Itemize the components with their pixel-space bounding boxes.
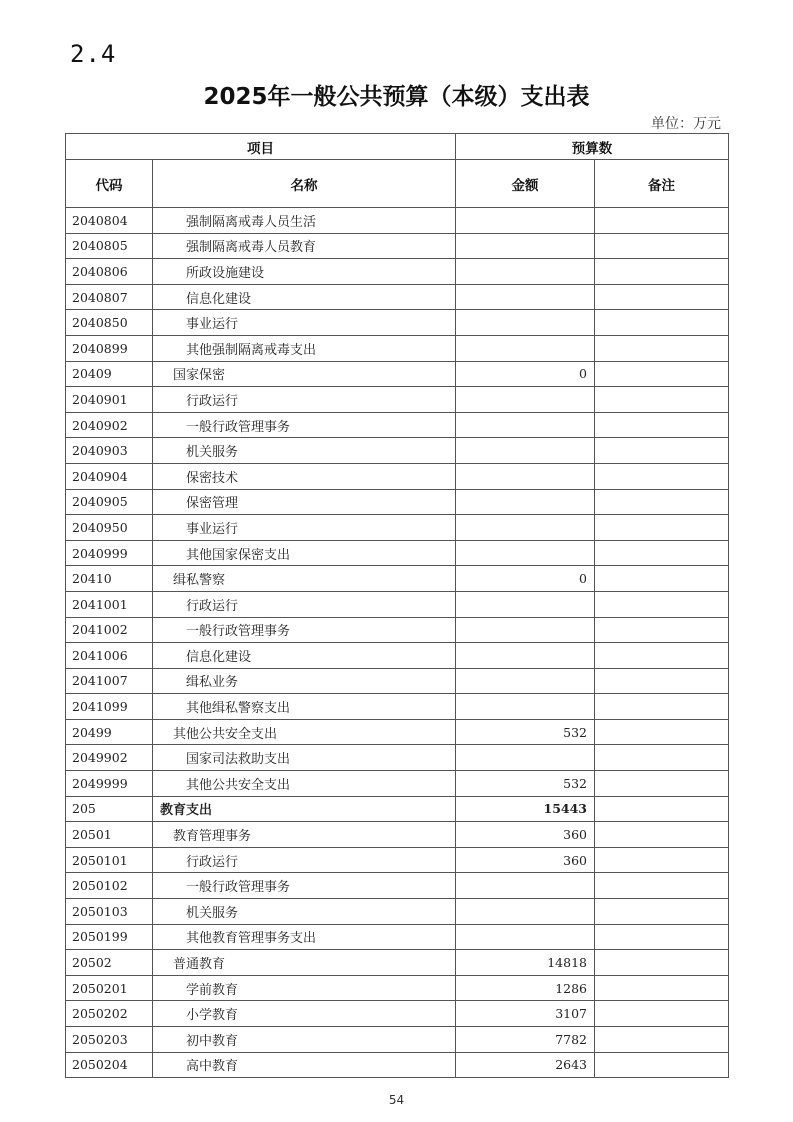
cell-amount	[456, 694, 595, 720]
cell-note	[595, 591, 729, 617]
budget-expenditure-table: 项目 预算数 代码 名称 金额 备注 2040804强制隔离戒毒人员生活2040…	[65, 133, 729, 1078]
cell-note	[595, 310, 729, 336]
cell-amount	[456, 438, 595, 464]
cell-amount	[456, 745, 595, 771]
cell-note	[595, 719, 729, 745]
cell-note	[595, 1027, 729, 1053]
cell-name: 一般行政管理事务	[153, 873, 456, 899]
cell-name: 一般行政管理事务	[153, 412, 456, 438]
table-row: 2050202小学教育3107	[66, 1001, 729, 1027]
cell-amount: 360	[456, 822, 595, 848]
cell-amount: 15443	[456, 796, 595, 822]
cell-name: 行政运行	[153, 847, 456, 873]
cell-code: 20410	[66, 566, 153, 592]
header-item: 项目	[66, 134, 456, 160]
table-row: 2040899其他强制隔离戒毒支出	[66, 335, 729, 361]
cell-note	[595, 387, 729, 413]
header-budget: 预算数	[456, 134, 729, 160]
cell-amount: 360	[456, 847, 595, 873]
cell-note	[595, 796, 729, 822]
table-row: 20499其他公共安全支出532	[66, 719, 729, 745]
cell-name: 其他公共安全支出	[153, 719, 456, 745]
cell-name: 其他国家保密支出	[153, 540, 456, 566]
cell-note	[595, 975, 729, 1001]
cell-name: 国家保密	[153, 361, 456, 387]
table-row: 2050103机关服务	[66, 899, 729, 925]
cell-code: 2050204	[66, 1052, 153, 1078]
cell-amount: 2643	[456, 1052, 595, 1078]
cell-name: 信息化建设	[153, 643, 456, 669]
cell-amount	[456, 899, 595, 925]
cell-name: 其他教育管理事务支出	[153, 924, 456, 950]
cell-amount	[456, 310, 595, 336]
cell-note	[595, 259, 729, 285]
cell-note	[595, 899, 729, 925]
cell-note	[595, 822, 729, 848]
cell-code: 2050202	[66, 1001, 153, 1027]
cell-code: 2050201	[66, 975, 153, 1001]
cell-code: 2050203	[66, 1027, 153, 1053]
cell-amount	[456, 335, 595, 361]
cell-code: 2041002	[66, 617, 153, 643]
page-number: 54	[0, 1093, 793, 1107]
cell-name: 行政运行	[153, 387, 456, 413]
table-row: 2040902一般行政管理事务	[66, 412, 729, 438]
header-column-row: 代码 名称 金额 备注	[66, 160, 729, 208]
cell-name: 普通教育	[153, 950, 456, 976]
cell-amount	[456, 924, 595, 950]
cell-code: 2040804	[66, 208, 153, 234]
cell-note	[595, 233, 729, 259]
cell-code: 2041006	[66, 643, 153, 669]
cell-amount	[456, 643, 595, 669]
cell-code: 2040901	[66, 387, 153, 413]
cell-amount: 1286	[456, 975, 595, 1001]
cell-amount	[456, 208, 595, 234]
cell-name: 强制隔离戒毒人员教育	[153, 233, 456, 259]
cell-amount: 7782	[456, 1027, 595, 1053]
cell-note	[595, 873, 729, 899]
table-row: 2040905保密管理	[66, 489, 729, 515]
cell-code: 2050101	[66, 847, 153, 873]
table-row: 2050101行政运行360	[66, 847, 729, 873]
table-row: 20410缉私警察0	[66, 566, 729, 592]
table-row: 2050102一般行政管理事务	[66, 873, 729, 899]
cell-amount: 14818	[456, 950, 595, 976]
cell-note	[595, 515, 729, 541]
cell-code: 2040903	[66, 438, 153, 464]
column-header-code: 代码	[66, 160, 153, 208]
cell-code: 2040850	[66, 310, 153, 336]
cell-note	[595, 566, 729, 592]
table-row: 2049999其他公共安全支出532	[66, 771, 729, 797]
table-row: 2041006信息化建设	[66, 643, 729, 669]
cell-amount	[456, 233, 595, 259]
cell-code: 2050102	[66, 873, 153, 899]
table-row: 2040804强制隔离戒毒人员生活	[66, 208, 729, 234]
cell-name: 缉私警察	[153, 566, 456, 592]
table-row: 2040999其他国家保密支出	[66, 540, 729, 566]
cell-name: 初中教育	[153, 1027, 456, 1053]
cell-code: 2040905	[66, 489, 153, 515]
cell-code: 2050199	[66, 924, 153, 950]
table-row: 205教育支出15443	[66, 796, 729, 822]
table-row: 2050201学前教育1286	[66, 975, 729, 1001]
column-header-name: 名称	[153, 160, 456, 208]
cell-amount	[456, 515, 595, 541]
cell-amount: 0	[456, 566, 595, 592]
cell-amount: 3107	[456, 1001, 595, 1027]
cell-note	[595, 463, 729, 489]
cell-amount	[456, 873, 595, 899]
table-row: 2040806所政设施建设	[66, 259, 729, 285]
cell-name: 事业运行	[153, 515, 456, 541]
cell-code: 2040807	[66, 284, 153, 310]
cell-amount	[456, 284, 595, 310]
unit-label: 单位：万元	[651, 113, 721, 133]
cell-code: 20409	[66, 361, 153, 387]
cell-name: 国家司法救助支出	[153, 745, 456, 771]
cell-note	[595, 668, 729, 694]
cell-amount	[456, 668, 595, 694]
cell-name: 保密技术	[153, 463, 456, 489]
cell-note	[595, 208, 729, 234]
cell-code: 20501	[66, 822, 153, 848]
cell-code: 2050103	[66, 899, 153, 925]
cell-code: 2040805	[66, 233, 153, 259]
cell-note	[595, 617, 729, 643]
cell-note	[595, 540, 729, 566]
cell-code: 2040950	[66, 515, 153, 541]
table-row: 2050204高中教育2643	[66, 1052, 729, 1078]
cell-amount	[456, 259, 595, 285]
cell-code: 205	[66, 796, 153, 822]
cell-code: 2049999	[66, 771, 153, 797]
cell-name: 保密管理	[153, 489, 456, 515]
table-row: 2040850事业运行	[66, 310, 729, 336]
cell-code: 20502	[66, 950, 153, 976]
cell-amount: 532	[456, 771, 595, 797]
table-row: 2041002一般行政管理事务	[66, 617, 729, 643]
cell-amount	[456, 540, 595, 566]
cell-code: 2040899	[66, 335, 153, 361]
cell-note	[595, 284, 729, 310]
table-row: 2040807信息化建设	[66, 284, 729, 310]
cell-code: 2049902	[66, 745, 153, 771]
cell-name: 小学教育	[153, 1001, 456, 1027]
cell-note	[595, 438, 729, 464]
page-title: 2025年一般公共预算（本级）支出表	[0, 78, 793, 111]
cell-note	[595, 1001, 729, 1027]
cell-name: 信息化建设	[153, 284, 456, 310]
cell-amount	[456, 617, 595, 643]
cell-code: 2041007	[66, 668, 153, 694]
cell-name: 教育支出	[153, 796, 456, 822]
cell-name: 其他缉私警察支出	[153, 694, 456, 720]
cell-amount	[456, 412, 595, 438]
cell-amount: 0	[456, 361, 595, 387]
table-row: 2050199其他教育管理事务支出	[66, 924, 729, 950]
cell-note	[595, 1052, 729, 1078]
header-group-row: 项目 预算数	[66, 134, 729, 160]
cell-name: 高中教育	[153, 1052, 456, 1078]
cell-name: 行政运行	[153, 591, 456, 617]
cell-amount	[456, 489, 595, 515]
table-body: 2040804强制隔离戒毒人员生活2040805强制隔离戒毒人员教育204080…	[66, 208, 729, 1078]
cell-code: 20499	[66, 719, 153, 745]
cell-note	[595, 489, 729, 515]
table-row: 2040904保密技术	[66, 463, 729, 489]
column-header-note: 备注	[595, 160, 729, 208]
table-row: 2040901行政运行	[66, 387, 729, 413]
table-row: 20502普通教育14818	[66, 950, 729, 976]
cell-name: 事业运行	[153, 310, 456, 336]
table-row: 2041001行政运行	[66, 591, 729, 617]
cell-amount	[456, 387, 595, 413]
table-row: 2040805强制隔离戒毒人员教育	[66, 233, 729, 259]
cell-note	[595, 412, 729, 438]
cell-note	[595, 361, 729, 387]
cell-amount	[456, 591, 595, 617]
cell-code: 2040999	[66, 540, 153, 566]
cell-note	[595, 771, 729, 797]
cell-note	[595, 924, 729, 950]
cell-name: 机关服务	[153, 438, 456, 464]
cell-name: 缉私业务	[153, 668, 456, 694]
cell-note	[595, 643, 729, 669]
cell-code: 2040904	[66, 463, 153, 489]
cell-code: 2041099	[66, 694, 153, 720]
cell-code: 2040902	[66, 412, 153, 438]
table-row: 2041099其他缉私警察支出	[66, 694, 729, 720]
cell-amount: 532	[456, 719, 595, 745]
cell-note	[595, 950, 729, 976]
cell-note	[595, 745, 729, 771]
table-row: 2049902国家司法救助支出	[66, 745, 729, 771]
cell-name: 所政设施建设	[153, 259, 456, 285]
cell-name: 其他公共安全支出	[153, 771, 456, 797]
cell-amount	[456, 463, 595, 489]
table-row: 20501教育管理事务360	[66, 822, 729, 848]
cell-name: 强制隔离戒毒人员生活	[153, 208, 456, 234]
cell-name: 一般行政管理事务	[153, 617, 456, 643]
cell-name: 教育管理事务	[153, 822, 456, 848]
cell-note	[595, 847, 729, 873]
table-row: 2040950事业运行	[66, 515, 729, 541]
cell-name: 机关服务	[153, 899, 456, 925]
column-header-amount: 金额	[456, 160, 595, 208]
cell-name: 学前教育	[153, 975, 456, 1001]
cell-name: 其他强制隔离戒毒支出	[153, 335, 456, 361]
table-row: 2050203初中教育7782	[66, 1027, 729, 1053]
section-number: 2.4	[70, 40, 116, 68]
table-row: 2040903机关服务	[66, 438, 729, 464]
table-row: 2041007缉私业务	[66, 668, 729, 694]
table-row: 20409国家保密0	[66, 361, 729, 387]
cell-code: 2041001	[66, 591, 153, 617]
cell-note	[595, 694, 729, 720]
cell-note	[595, 335, 729, 361]
cell-code: 2040806	[66, 259, 153, 285]
